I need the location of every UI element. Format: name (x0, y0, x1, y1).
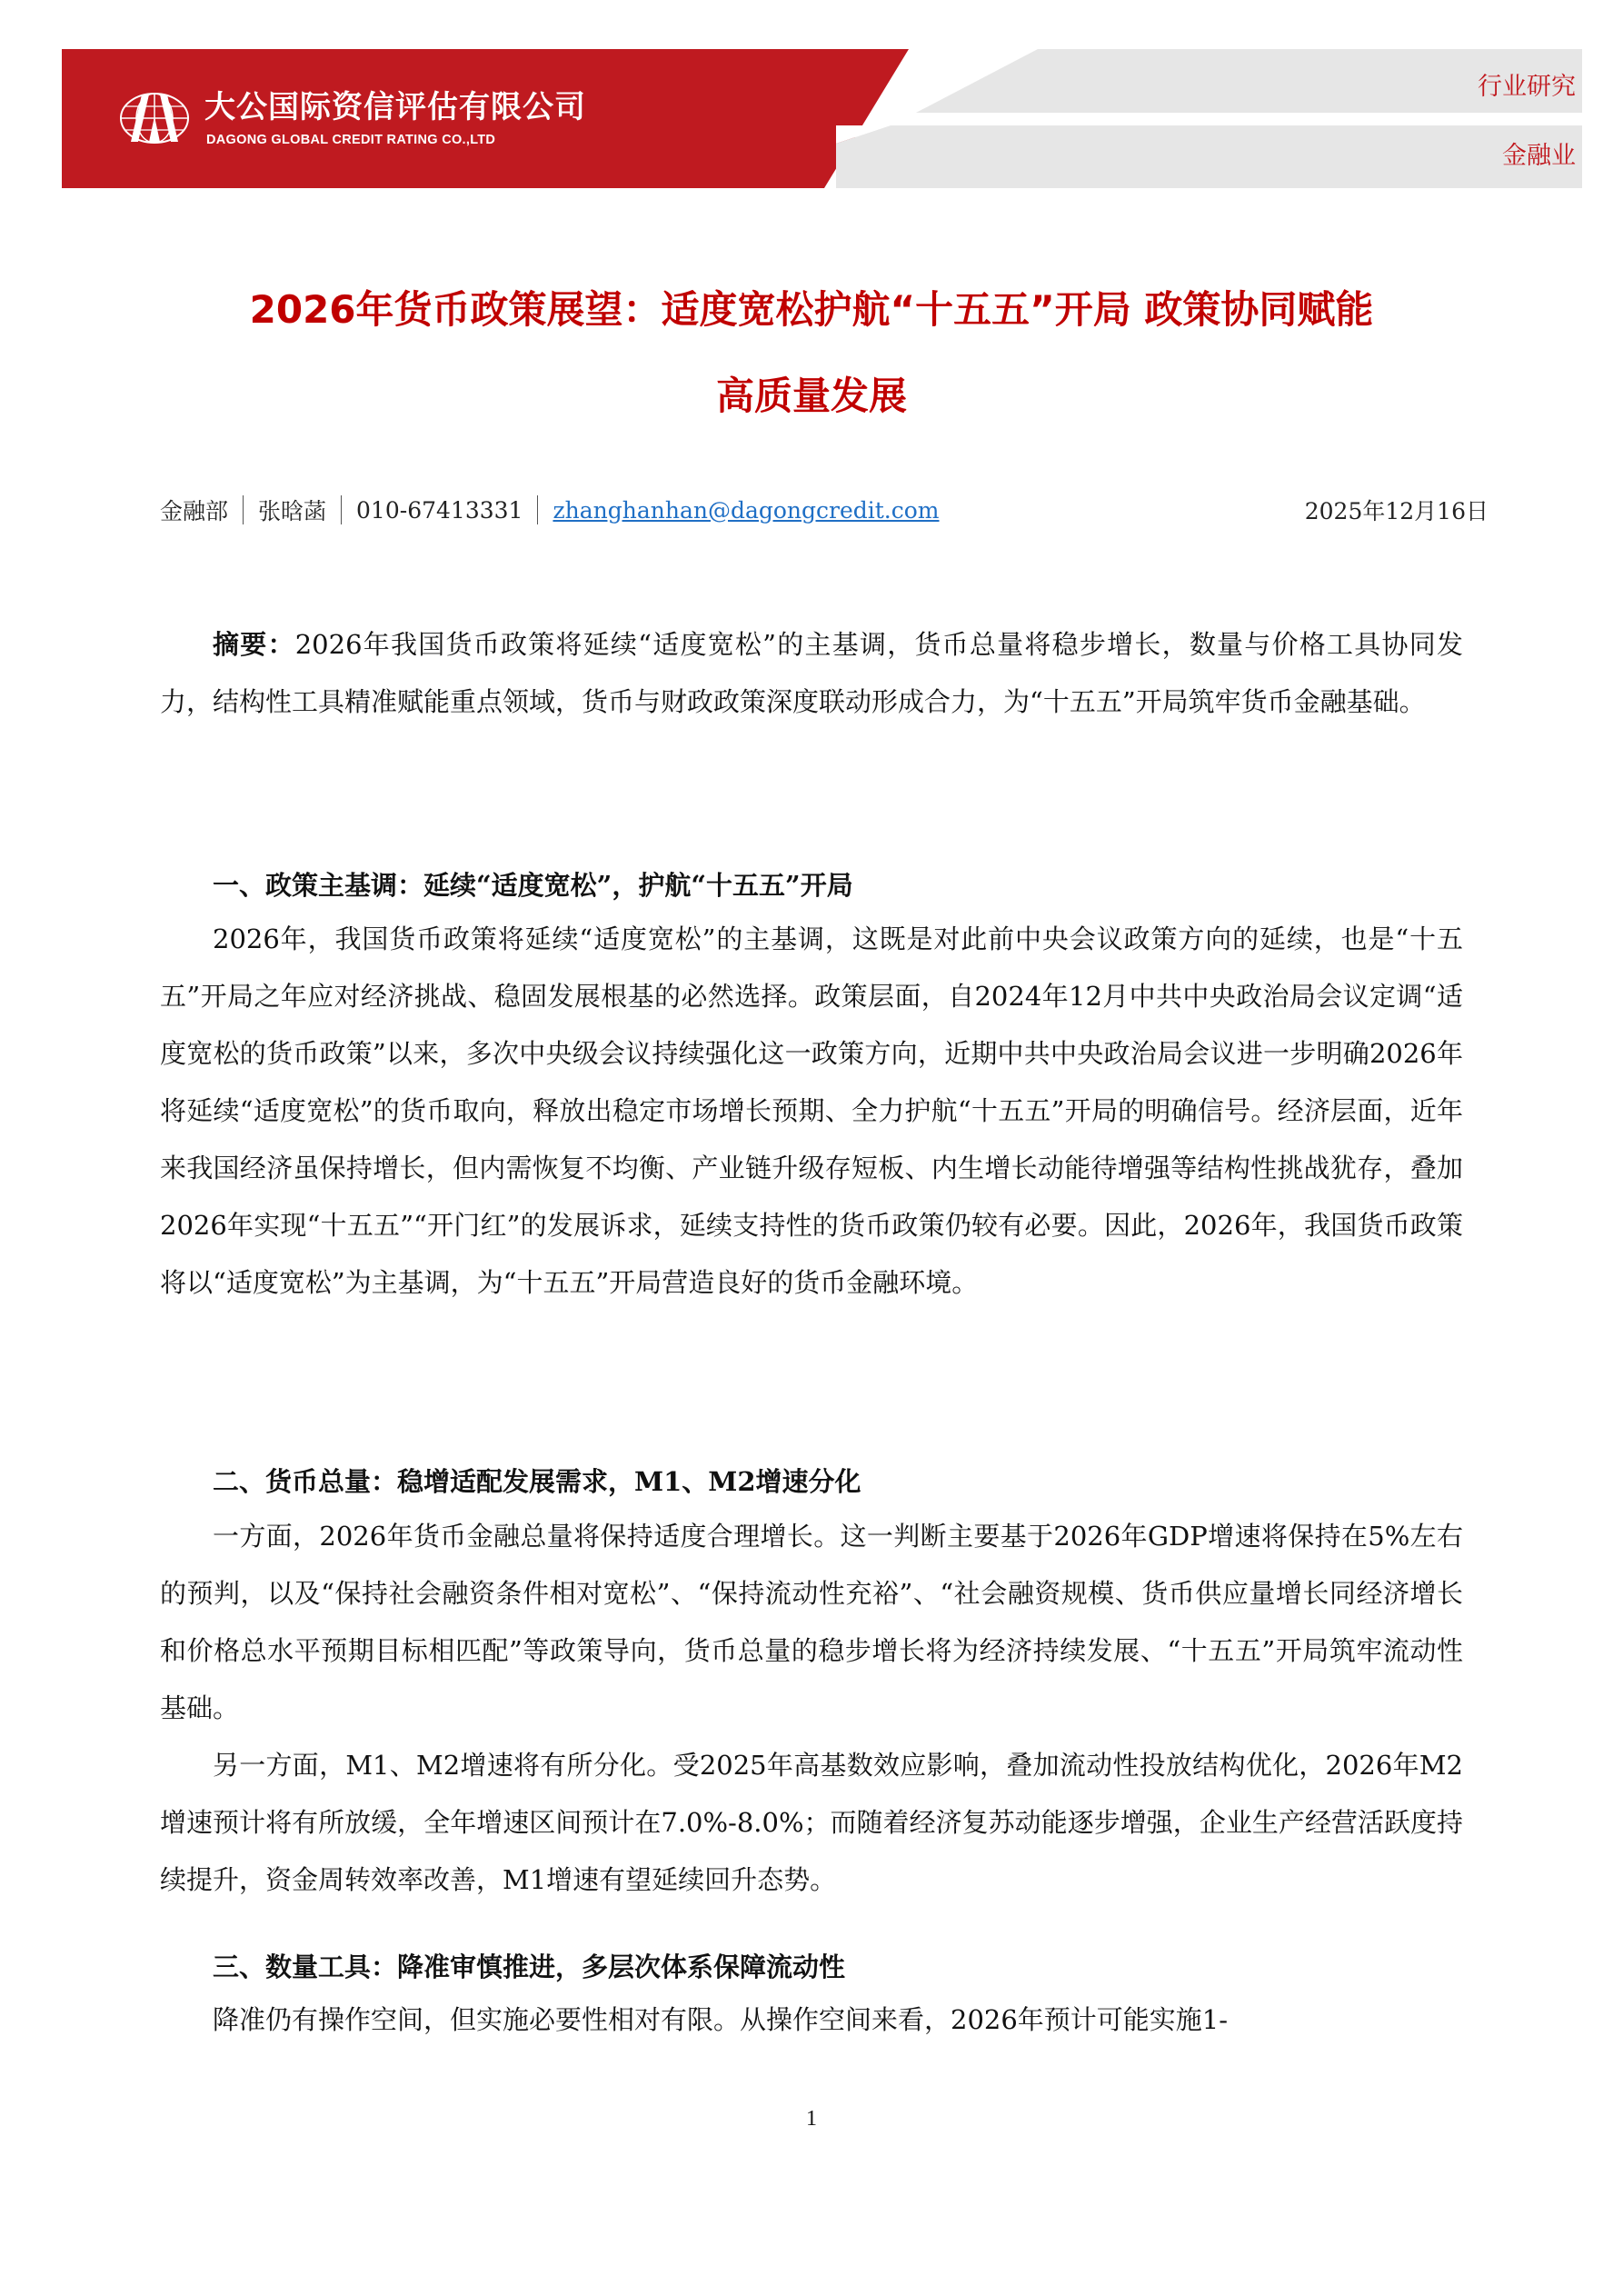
section-2-paragraph-1: 一方面，2026年货币金融总量将保持适度合理增长。这一判断主要基于2026年GD… (160, 1508, 1463, 1737)
abstract-label: 摘要： (213, 629, 295, 660)
section-1-paragraph: 2026年，我国货币政策将延续“适度宽松”的主基调，这既是对此前中央会议政策方向… (160, 911, 1463, 1312)
phone: 010-67413331 (356, 497, 523, 524)
category-tag-finance: 金融业 (1502, 142, 1576, 171)
report-title-line2: 高质量发展 (109, 366, 1514, 421)
abstract-text: 2026年我国货币政策将延续“适度宽松”的主基调，货币总量将稳步增长，数量与价格… (160, 629, 1463, 717)
email-link[interactable]: zhanghanhan@dagongcredit.com (553, 497, 939, 524)
divider (341, 495, 342, 524)
section-heading-3: 三、数量工具：降准审慎推进，多层次体系保障流动性 (213, 1949, 845, 1985)
report-header: 大公国际资信评估有限公司 DAGONG GLOBAL CREDIT RATING… (0, 0, 1623, 200)
divider (243, 495, 244, 524)
category-tag-industry-research: 行业研究 (1478, 73, 1576, 102)
section-heading-2: 二、货币总量：稳增适配发展需求，M1、M2增速分化 (213, 1463, 861, 1500)
divider (537, 495, 538, 524)
author: 张晗菡 (258, 494, 326, 526)
brand-name-en: DAGONG GLOBAL CREDIT RATING CO.,LTD (206, 132, 495, 148)
department: 金融部 (160, 494, 228, 526)
grey-band-bottom (836, 125, 1582, 188)
section-3-paragraph: 降准仍有操作空间，但实施必要性相对有限。从操作空间来看，2026年预计可能实施1… (160, 1992, 1463, 2049)
dagong-globe-logo-icon (118, 91, 191, 145)
section-2-paragraph-2: 另一方面，M1、M2增速将有所分化。受2025年高基数效应影响，叠加流动性投放结… (160, 1737, 1463, 1909)
brand-name-cn: 大公国际资信评估有限公司 (204, 89, 586, 125)
report-date: 2025年12月16日 (1305, 494, 1489, 526)
byline: 金融部 张晗菡 010-67413331 zhanghanhan@dagongc… (160, 494, 940, 526)
page-number: 1 (0, 2107, 1623, 2131)
report-title-line1: 2026年货币政策展望：适度宽松护航“十五五”开局 政策协同赋能 (109, 280, 1514, 334)
section-heading-1: 一、政策主基调：延续“适度宽松”，护航“十五五”开局 (213, 867, 853, 903)
abstract: 摘要：2026年我国货币政策将延续“适度宽松”的主基调，货币总量将稳步增长，数量… (160, 616, 1463, 731)
